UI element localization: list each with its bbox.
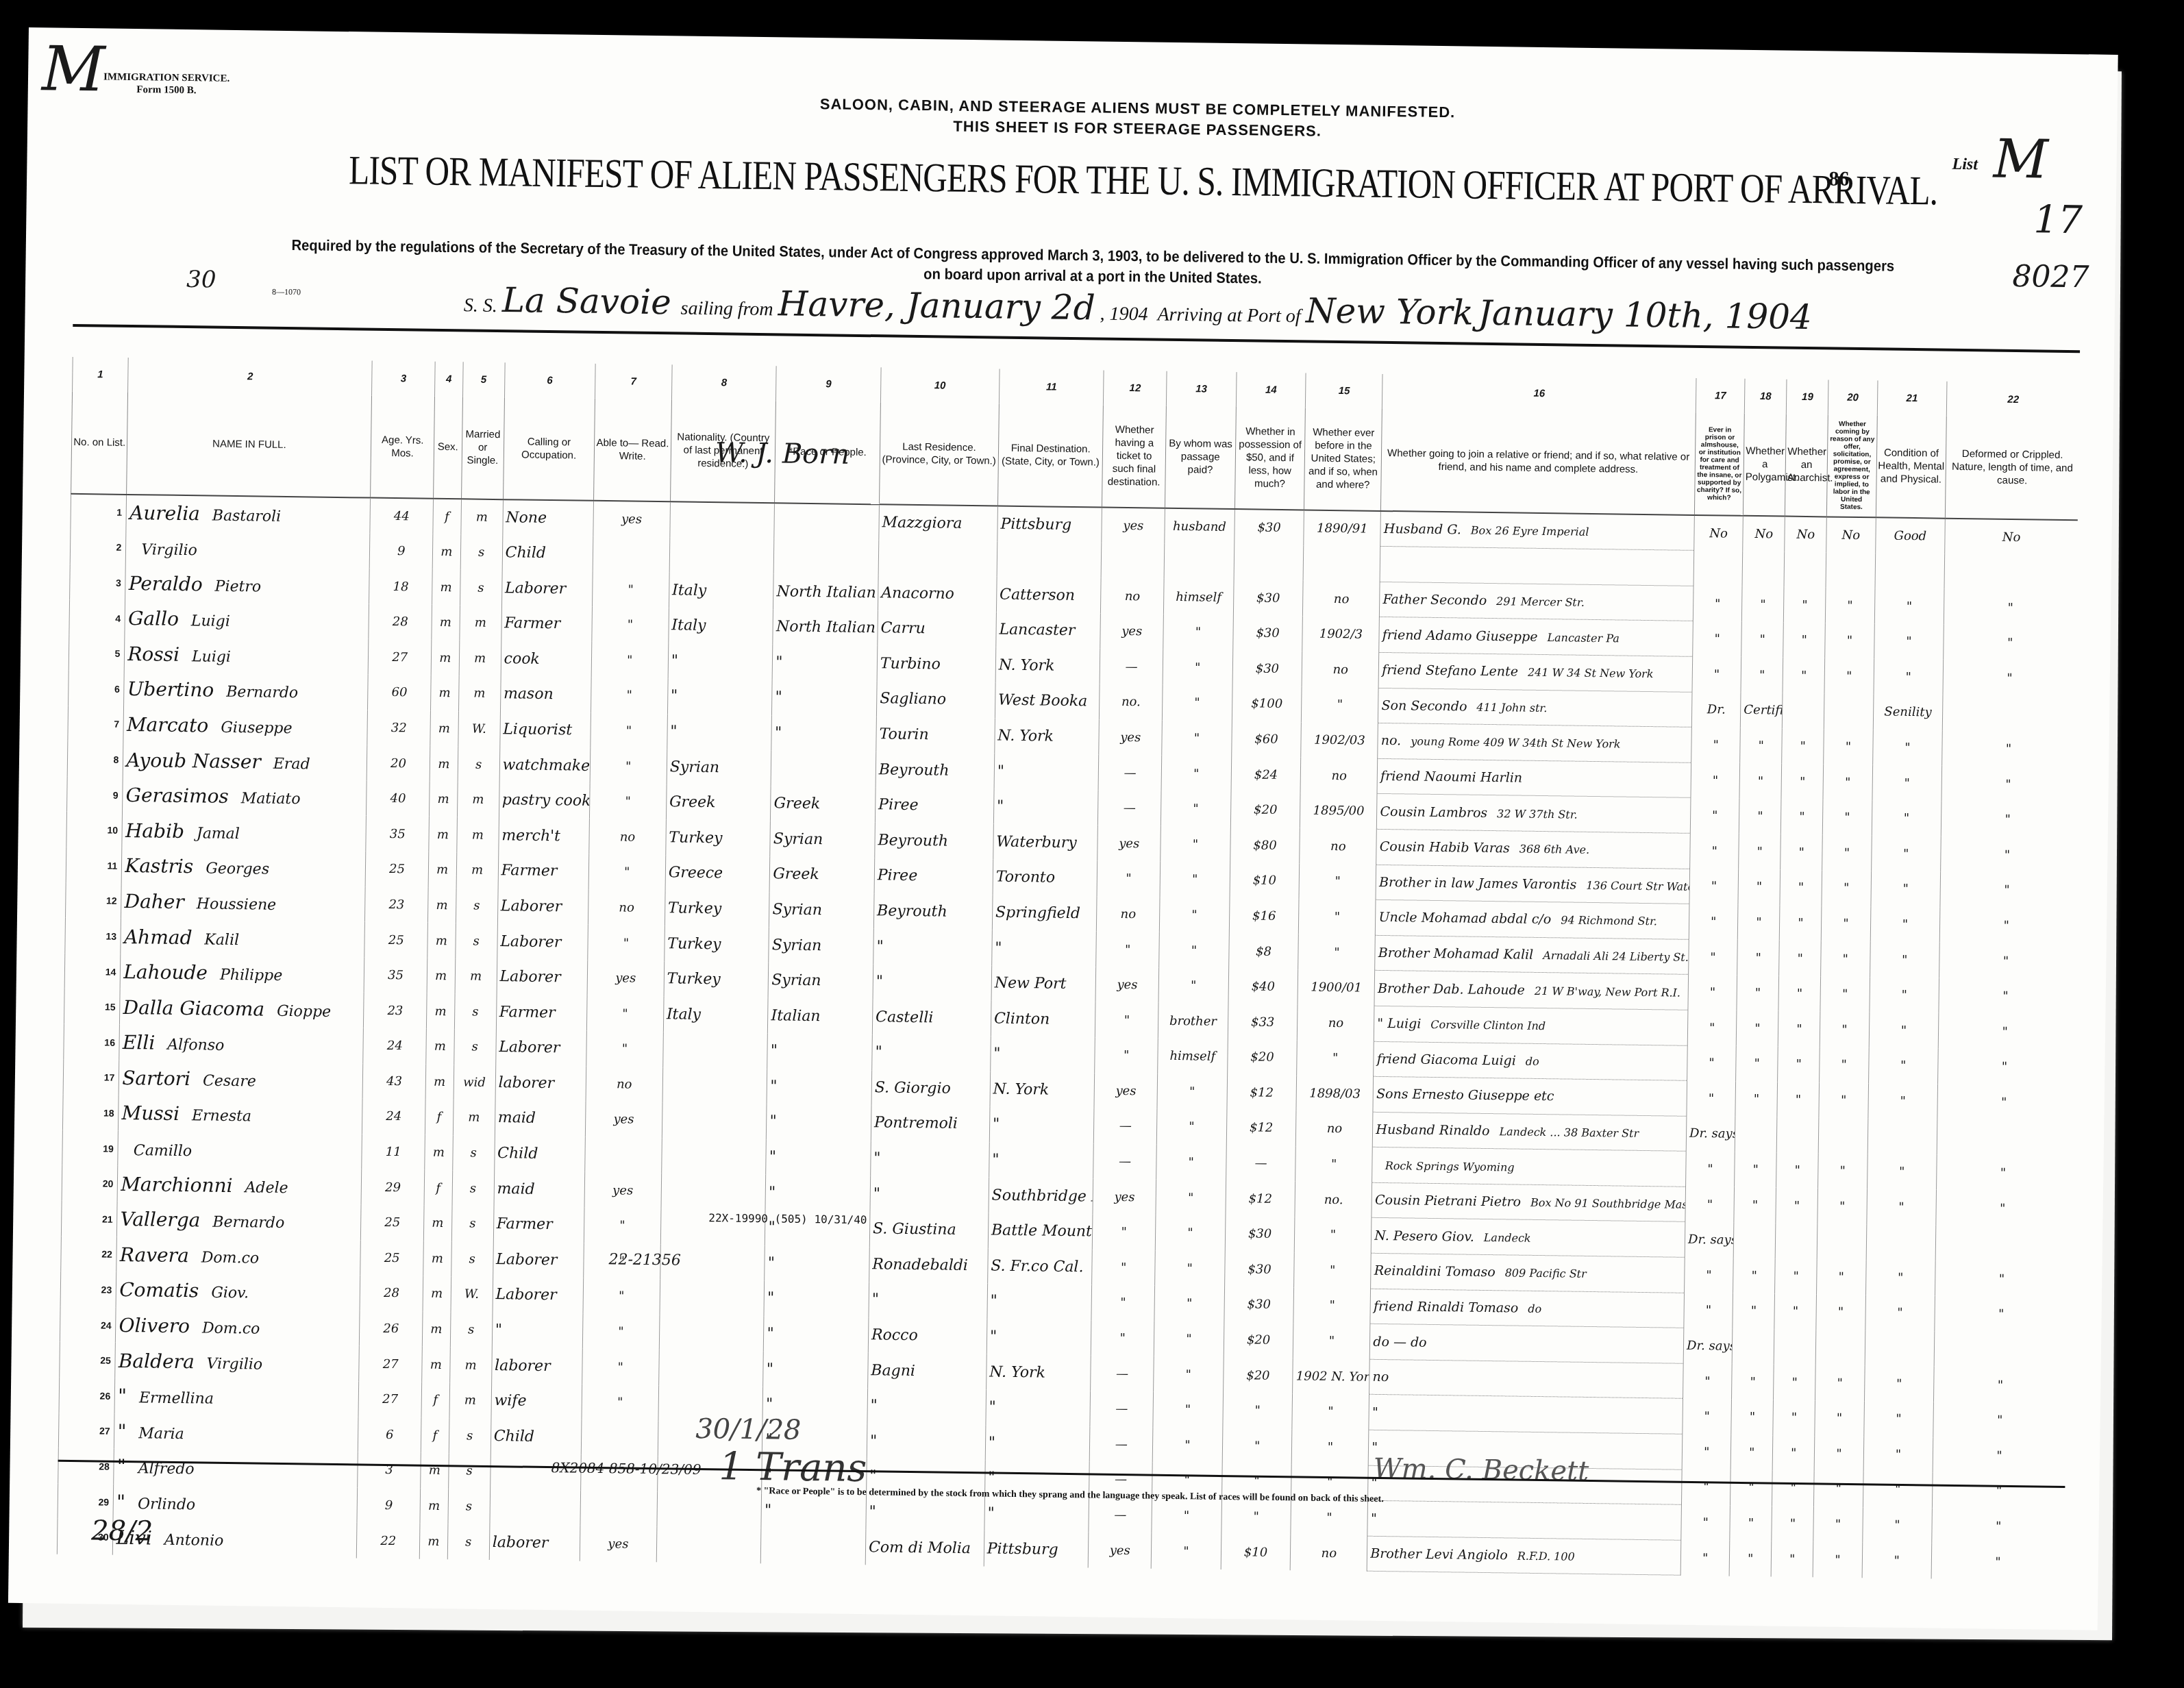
relative: Uncle Mohamad abdal c/o — [1378, 910, 1551, 927]
ticket: " — [1096, 932, 1159, 968]
money: $30 — [1224, 1287, 1294, 1323]
passage-paid-by: " — [1156, 1180, 1226, 1216]
passage-paid-by: " — [1158, 968, 1228, 1004]
money: $60 — [1231, 721, 1301, 758]
labor-offer: " — [1818, 1153, 1867, 1189]
relative: Father Secondo — [1382, 592, 1487, 608]
sex: f — [433, 498, 461, 534]
row-number: 19 — [62, 1130, 119, 1167]
marital-status: m — [459, 641, 501, 676]
ticket: yes — [1095, 967, 1158, 1003]
anarchist: " — [1780, 834, 1823, 870]
anarchist: " — [1772, 1435, 1815, 1471]
sex: m — [425, 1064, 454, 1100]
prison-status — [1693, 551, 1743, 587]
column-header-sex: Sex. — [433, 396, 462, 499]
before-in-us: no — [1302, 651, 1379, 688]
surname: Marchionni — [121, 1173, 233, 1197]
anarchist: " — [1774, 1365, 1816, 1400]
surname: Elli — [123, 1031, 156, 1054]
occupation: Farmer — [493, 1206, 584, 1243]
passage-paid-by: " — [1154, 1286, 1224, 1322]
row-number: 5 — [69, 635, 125, 671]
surname: Peraldo — [129, 572, 203, 595]
occupation: mason — [500, 676, 591, 712]
health: " — [1874, 659, 1944, 695]
deformed: " — [1938, 1013, 2071, 1050]
column-number: 7 — [595, 364, 672, 399]
given-name: Ermellina — [139, 1390, 214, 1408]
row-number: 8 — [67, 741, 123, 778]
labor-offer — [1826, 552, 1875, 588]
race: Syrian — [770, 821, 875, 858]
before-in-us: 1902/3 — [1302, 616, 1380, 652]
row-number: 12 — [65, 882, 121, 919]
marital-status: s — [454, 994, 497, 1030]
age: 22 — [357, 1523, 420, 1559]
row-number: 11 — [66, 847, 122, 884]
ticket: no. — [1100, 684, 1163, 721]
health: " — [1870, 906, 1940, 943]
given-name: Orlindo — [138, 1495, 195, 1513]
read-write — [593, 536, 670, 573]
age: 25 — [364, 922, 427, 958]
occupation: Laborer — [495, 1030, 586, 1066]
money: $40 — [1228, 969, 1298, 1005]
polygamist: " — [1730, 1505, 1772, 1541]
anarchist: No — [1785, 516, 1827, 552]
read-write: yes — [585, 1102, 662, 1138]
joining-relative: friend Rinaldi Tomasodo — [1370, 1289, 1684, 1328]
labor-offer: " — [1819, 1082, 1868, 1119]
final-destination: " — [989, 1107, 1094, 1144]
anarchist — [1774, 1329, 1816, 1365]
last-residence: Piree — [875, 787, 994, 824]
surname: Baldera — [119, 1350, 195, 1373]
row-number: 16 — [64, 1024, 120, 1060]
surname: Marcato — [127, 713, 209, 737]
column-number: 9 — [776, 366, 881, 402]
final-destination: Springfield — [992, 895, 1097, 932]
passenger-name: LahoudePhilippe — [121, 954, 365, 993]
anarchist — [1775, 1223, 1817, 1258]
polygamist: " — [1739, 834, 1781, 869]
deformed: " — [1933, 1473, 2065, 1510]
labor-offer: " — [1815, 1400, 1864, 1437]
last-residence: Pontremoli — [871, 1105, 990, 1142]
anarchist: " — [1784, 587, 1826, 623]
column-number: 17 — [1696, 378, 1745, 414]
polygamist: " — [1742, 586, 1785, 622]
given-name: Bernardo — [212, 1214, 284, 1232]
deformed: " — [1940, 872, 2073, 909]
row-number: 10 — [66, 812, 123, 848]
polygamist: " — [1730, 1435, 1773, 1470]
passage-paid-by: " — [1155, 1250, 1225, 1287]
anarchist: " — [1776, 1152, 1819, 1188]
surname: " — [116, 1491, 125, 1513]
money: $30 — [1234, 509, 1304, 545]
deformed: " — [1935, 1296, 2068, 1333]
race: " — [772, 680, 877, 717]
labor-offer: " — [1824, 658, 1874, 695]
health: " — [1868, 1047, 1938, 1084]
marital-status: s — [448, 1453, 491, 1489]
money: $8 — [1228, 933, 1298, 969]
column-header-read-write: Able to— Read. Write. — [593, 398, 671, 501]
given-name: Antonio — [164, 1531, 224, 1549]
deformed: " — [1936, 1190, 2069, 1227]
final-destination: Waterbury — [993, 824, 1098, 861]
final-destination: Pittsburg — [997, 506, 1102, 543]
passenger-rows: 1AureliaBastaroli44fmNoneyesMazzgioraPit… — [57, 493, 2078, 1580]
column-number: 11 — [999, 369, 1104, 406]
last-residence — [878, 540, 997, 577]
sex: m — [420, 1488, 448, 1524]
prison-status: " — [1684, 1293, 1733, 1329]
labor-offer: " — [1825, 623, 1874, 659]
ticket: yes — [1089, 1532, 1152, 1569]
deformed — [1944, 554, 2077, 591]
given-name: Virgilio — [206, 1355, 262, 1373]
deformed: " — [1941, 836, 2074, 873]
last-residence: Beyrouth — [873, 893, 993, 930]
before-in-us: " — [1297, 1040, 1374, 1076]
record-notation: 30/1/28 — [695, 1413, 802, 1446]
ticket: — — [1090, 1426, 1153, 1463]
read-write: " — [591, 642, 669, 678]
joining-relative — [1380, 547, 1693, 586]
row-number: 26 — [59, 1378, 115, 1414]
health: " — [1863, 1437, 1933, 1473]
passage-paid-by: himself — [1158, 1039, 1228, 1075]
relative: friend Naoumi Harlin — [1380, 769, 1522, 786]
column-number: 14 — [1236, 372, 1306, 408]
read-write — [581, 1419, 658, 1456]
nationality — [659, 1315, 764, 1352]
surname: " — [117, 1420, 126, 1443]
final-destination: " — [991, 1037, 1095, 1073]
row-number: 9 — [67, 777, 123, 813]
nationality — [662, 1102, 767, 1139]
row-number: 24 — [60, 1307, 116, 1343]
sex: m — [425, 1134, 453, 1170]
surname: Daher — [124, 890, 184, 913]
final-destination: " — [984, 1495, 1089, 1532]
deformed — [1935, 1226, 2068, 1263]
joining-relative: Rock Springs Wyoming — [1372, 1147, 1686, 1187]
age: 35 — [364, 957, 427, 993]
sex: m — [428, 852, 456, 888]
column-header-occupation: Calling or Occupation. — [503, 397, 595, 501]
labor-offer: " — [1817, 1189, 1867, 1225]
deformed — [1937, 1119, 2070, 1156]
nationality — [658, 1350, 763, 1387]
occupation: watchmaker — [499, 747, 591, 783]
column-number: 16 — [1382, 374, 1696, 413]
age: 3 — [358, 1452, 421, 1489]
ticket: — — [1093, 1143, 1156, 1180]
deformed: " — [1944, 625, 2076, 662]
deformed: " — [1935, 1261, 2068, 1298]
age: 27 — [369, 639, 432, 675]
final-destination: Clinton — [991, 1001, 1095, 1038]
race: " — [761, 1493, 866, 1530]
polygamist: " — [1741, 622, 1784, 658]
given-name: Luigi — [191, 612, 230, 630]
nationality: " — [668, 643, 773, 680]
record-notation: 22X-19990 (505) 10/31/40 — [708, 1211, 867, 1226]
row-number: 14 — [64, 954, 121, 990]
race: Greek — [769, 856, 874, 893]
deformed: No — [1945, 518, 2078, 556]
prison-status: " — [1683, 1363, 1733, 1400]
last-residence: " — [873, 964, 992, 1001]
labor-offer: " — [1823, 799, 1872, 836]
labor-offer: " — [1820, 1012, 1870, 1048]
polygamist — [1742, 551, 1785, 587]
polygamist: " — [1737, 1010, 1779, 1046]
occupation: Laborer — [501, 570, 593, 606]
before-in-us: 1898/03 — [1296, 1076, 1374, 1112]
last-residence: Turbino — [877, 646, 996, 683]
column-header-passage-paid: By whom was passage paid? — [1165, 406, 1236, 508]
sex: f — [421, 1417, 449, 1453]
anarchist: " — [1781, 764, 1824, 799]
nationality: " — [667, 678, 772, 715]
labor-offer — [1815, 1330, 1865, 1366]
race: " — [771, 715, 876, 752]
anarchist: " — [1779, 941, 1822, 976]
relative: friend Rinaldi Tomaso — [1374, 1299, 1519, 1316]
final-destination: Pittsburg — [984, 1531, 1089, 1568]
address: young Rome 409 W 34th St New York — [1411, 735, 1620, 751]
polygamist: " — [1735, 1081, 1778, 1117]
age: 25 — [361, 1204, 424, 1241]
anarchist: " — [1782, 728, 1824, 764]
relative: Brother Dab. Lahoude — [1378, 981, 1525, 998]
labor-offer: " — [1824, 729, 1873, 765]
occupation: Farmer — [501, 606, 592, 642]
sex: m — [430, 746, 458, 782]
last-residence: " — [871, 1141, 990, 1178]
surname: Ravera — [120, 1243, 189, 1267]
age: 26 — [360, 1311, 423, 1347]
row-number: 15 — [64, 989, 120, 1025]
given-name: Bernardo — [226, 684, 298, 702]
prison-status: " — [1680, 1540, 1730, 1576]
address: Box 26 Eyre Imperial — [1471, 524, 1589, 538]
final-destination: N. York — [995, 718, 1100, 755]
relative: no. — [1381, 733, 1402, 748]
final-destination: " — [992, 930, 1097, 967]
health: " — [1872, 730, 1942, 766]
prison-status: " — [1688, 975, 1737, 1011]
last-residence: Beyrouth — [875, 823, 994, 860]
race: " — [764, 1280, 869, 1317]
age: 44 — [370, 497, 433, 534]
address: Landeck ... 38 Baxter Str — [1499, 1125, 1639, 1140]
marital-status: m — [456, 817, 499, 853]
sex: m — [430, 710, 458, 746]
relative: Son Secondo — [1381, 698, 1467, 715]
sex: m — [421, 1453, 449, 1489]
marital-status: s — [456, 888, 498, 923]
read-write — [580, 1490, 658, 1526]
relative: friend Stefano Lente — [1382, 662, 1518, 680]
final-destination: " — [985, 1425, 1090, 1462]
race: Syrian — [768, 963, 873, 1000]
sex: m — [429, 782, 457, 817]
prison-status: " — [1690, 798, 1739, 834]
passenger-name: RossiLuigi — [125, 636, 369, 674]
relative: friend Giacoma Luigi — [1377, 1052, 1516, 1069]
marital-status: s — [451, 1241, 493, 1277]
money: $80 — [1230, 827, 1300, 863]
money: — — [1226, 1145, 1295, 1182]
health: " — [1865, 1295, 1935, 1331]
health — [1866, 1224, 1936, 1261]
money: $20 — [1230, 792, 1300, 828]
read-write: " — [583, 1278, 660, 1315]
given-name: Giuseppe — [221, 719, 293, 737]
given-name: Bastaroli — [212, 507, 282, 525]
deformed — [1934, 1331, 2067, 1368]
labor-offer: " — [1826, 588, 1875, 624]
before-in-us: " — [1298, 934, 1376, 971]
marital-status: s — [452, 1135, 495, 1171]
marital-status: s — [454, 1029, 496, 1065]
passenger-name: GalloLuigi — [125, 601, 369, 639]
row-number: 6 — [69, 671, 125, 707]
side-number: 17 — [2033, 197, 2083, 243]
passenger-name: "Ermellina — [114, 1378, 359, 1417]
sex: f — [425, 1100, 453, 1135]
given-name: Georges — [206, 860, 269, 878]
anarchist — [1784, 551, 1826, 587]
occupation: Laborer — [497, 959, 588, 995]
marital-status: m — [449, 1382, 492, 1418]
health: Good — [1875, 517, 1945, 554]
column-number: 22 — [1947, 382, 2080, 418]
marital-status: m — [457, 782, 499, 817]
passage-paid-by: " — [1155, 1215, 1225, 1252]
marital-status: s — [449, 1418, 491, 1454]
column-number: 8 — [671, 364, 776, 401]
passenger-name: Dalla GiacomaGioppe — [120, 989, 364, 1028]
column-number: 1 — [73, 357, 129, 393]
health: " — [1862, 1507, 1932, 1543]
money: " — [1222, 1428, 1292, 1465]
age: 28 — [360, 1276, 423, 1312]
money: $20 — [1224, 1322, 1293, 1358]
age: 27 — [358, 1381, 421, 1417]
joining-relative: do — do — [1370, 1324, 1684, 1364]
column-number: 3 — [372, 361, 435, 397]
before-in-us: 1902 N. York — [1293, 1358, 1370, 1395]
occupation: pastry cook — [499, 782, 590, 819]
health — [1875, 553, 1945, 589]
joining-relative: Uncle Mohamad abdal c/o94 Richmond Str. — [1376, 899, 1689, 939]
passage-paid-by: " — [1159, 932, 1229, 969]
age: 20 — [367, 745, 430, 782]
age: 18 — [369, 569, 432, 605]
manifest-sheet: M IMMIGRATION SERVICE. Form 1500 B. SALO… — [8, 27, 2118, 1630]
nationality — [656, 1526, 761, 1563]
surname: Habib — [125, 819, 184, 843]
row-number: 13 — [65, 918, 121, 954]
before-in-us: no — [1300, 758, 1378, 794]
nationality: Greek — [666, 784, 771, 821]
health: " — [1871, 836, 1941, 872]
nationality — [660, 1279, 765, 1316]
polygamist: " — [1738, 869, 1780, 905]
ticket: " — [1097, 861, 1160, 897]
passenger-name: Camillo — [118, 1131, 362, 1169]
column-header-labor-offer: Whether coming by reason of any offer, s… — [1827, 414, 1877, 517]
age: 24 — [363, 1028, 426, 1065]
passenger-name: SartoriCesare — [119, 1060, 363, 1098]
ticket: — — [1098, 790, 1161, 826]
prison-status: " — [1683, 1399, 1732, 1435]
passenger-name: MarchionniAdele — [117, 1166, 362, 1204]
sex: m — [422, 1311, 450, 1347]
relative: Brother Mohamad Kalil — [1378, 945, 1534, 963]
before-in-us: " — [1295, 1217, 1372, 1253]
anarchist: " — [1778, 976, 1821, 1011]
last-residence: Sagliano — [876, 681, 995, 718]
before-in-us: no — [1296, 1111, 1374, 1147]
form-agency: IMMIGRATION SERVICE. — [103, 71, 229, 84]
nationality — [662, 1032, 767, 1069]
health: " — [1870, 871, 1940, 907]
polygamist: " — [1735, 1152, 1777, 1188]
health: " — [1869, 977, 1939, 1013]
race: " — [767, 1033, 872, 1070]
marital-status: W. — [451, 1276, 493, 1312]
money: $30 — [1224, 1252, 1294, 1288]
ticket: " — [1093, 1214, 1156, 1250]
deformed — [1943, 695, 2076, 732]
corner-mark: M — [42, 33, 106, 105]
health: " — [1863, 1472, 1933, 1508]
passage-paid-by: " — [1151, 1533, 1221, 1569]
column-number: 5 — [462, 362, 505, 397]
given-name: Giov. — [211, 1284, 249, 1302]
relative: do — do — [1373, 1334, 1427, 1350]
read-write: " — [582, 1313, 660, 1350]
money: " — [1221, 1499, 1291, 1535]
deformed: " — [1941, 766, 2074, 803]
nationality: Italy — [669, 573, 773, 610]
marital-status: m — [459, 605, 501, 641]
race — [771, 751, 876, 788]
age: 9 — [370, 533, 433, 569]
labor-offer: " — [1814, 1436, 1863, 1472]
health: " — [1874, 623, 1944, 660]
ticket: " — [1092, 1250, 1155, 1286]
before-in-us: no — [1300, 828, 1377, 865]
sex: m — [422, 1347, 450, 1382]
ticket: yes — [1100, 613, 1163, 649]
list-value: M — [1993, 129, 2048, 191]
ticket: " — [1095, 1038, 1158, 1074]
before-in-us: " — [1295, 1146, 1373, 1182]
prison-status: Dr. — [1691, 692, 1741, 728]
read-write: " — [591, 678, 668, 714]
sailing-from: Havre, January 2d — [778, 284, 1095, 327]
final-destination: West Booka — [995, 683, 1100, 720]
